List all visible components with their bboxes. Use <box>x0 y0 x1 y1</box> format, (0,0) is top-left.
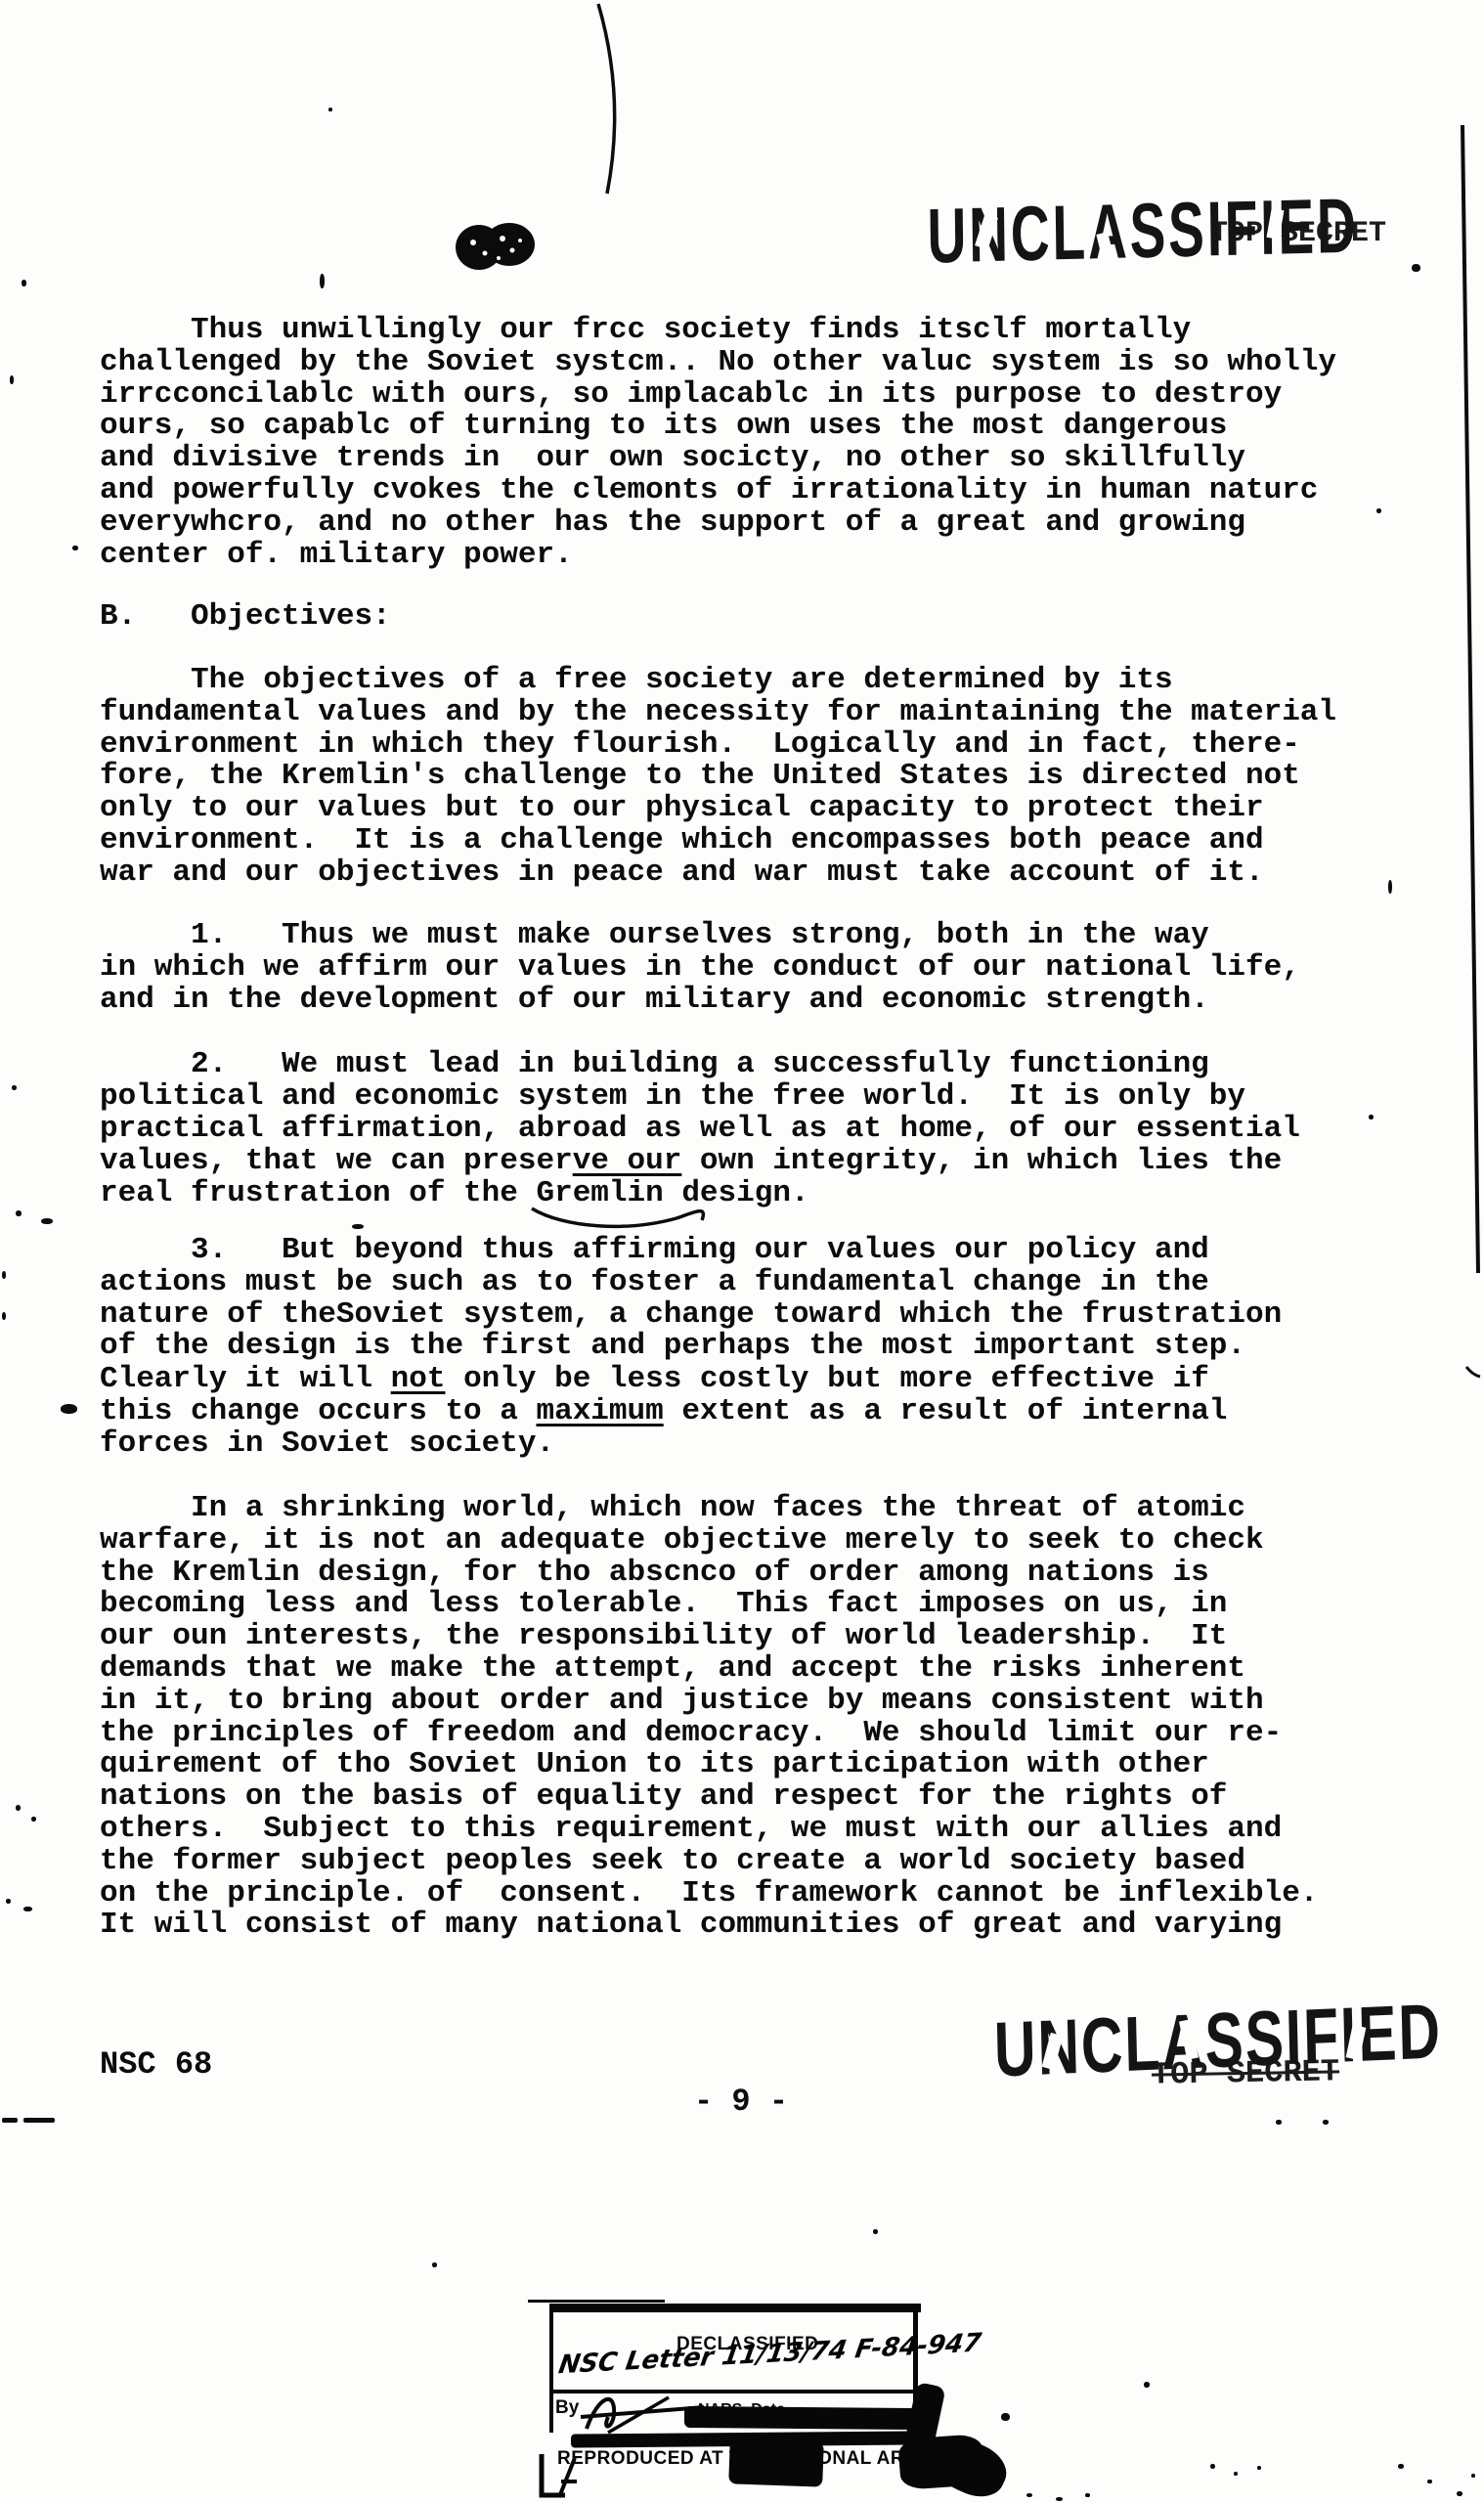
ink-speck <box>31 1817 36 1822</box>
ink-speck <box>320 274 325 288</box>
ink-speck <box>1210 2464 1215 2469</box>
ink-blot-over-banner <box>897 2434 984 2490</box>
ink-speck <box>1144 2382 1150 2388</box>
ink-blot-over-banner <box>728 2438 824 2486</box>
ink-speck <box>41 1218 53 1224</box>
ink-speck <box>1323 2120 1329 2125</box>
ink-speck <box>72 546 78 550</box>
section-b-heading: B. Objectives: <box>100 601 391 634</box>
ink-speck <box>1001 2413 1010 2421</box>
ink-speck <box>1276 2120 1282 2125</box>
text-segment: only be less costly but more effective i… <box>445 1362 1208 1396</box>
ink-speck <box>328 108 332 111</box>
underlined-text: ve our <box>573 1144 682 1178</box>
ink-speck <box>1026 2493 1032 2497</box>
ink-speck <box>10 375 14 384</box>
ink-speck <box>1369 1115 1374 1120</box>
numbered-item-3-line6: this change occurs to a maximum extent a… <box>100 1396 1227 1428</box>
pen-marks-LA <box>534 2450 596 2503</box>
paragraph-1: Thus unwillingly our frcc society finds … <box>100 315 1336 571</box>
numbered-item-3-line5: Clearly it will not only be less costly … <box>100 1364 1209 1396</box>
paragraph-2: The objectives of a free society are det… <box>100 665 1336 890</box>
declassified-box-left-border <box>549 2304 553 2433</box>
ink-speck <box>1257 2466 1261 2470</box>
declassified-box-topbar <box>549 2304 921 2312</box>
ink-speck <box>1085 2493 1090 2497</box>
document-number: NSC 68 <box>100 2049 212 2082</box>
numbered-item-3-line7: forces in Soviet society. <box>100 1428 554 1461</box>
by-label: By <box>555 2397 579 2419</box>
ink-speck <box>23 1907 32 1911</box>
page-number: - 9 - <box>694 2086 788 2119</box>
paragraph-4: In a shrinking world, which now faces th… <box>100 1493 1318 1942</box>
ink-speck <box>1471 2474 1475 2478</box>
ink-speck <box>873 2229 878 2234</box>
underlined-text: maximum <box>536 1394 663 1428</box>
ink-speck <box>6 1899 11 1904</box>
margin-dash <box>23 2118 55 2123</box>
numbered-item-1: 1. Thus we must make ourselves strong, b… <box>100 920 1300 1016</box>
ink-speck <box>22 280 26 286</box>
ink-blob <box>456 221 536 272</box>
margin-bullet-mark <box>61 1404 77 1414</box>
ink-speck <box>16 1210 22 1216</box>
stamp-period-mark <box>1412 264 1420 272</box>
text-segment: this change occurs to a <box>100 1394 536 1428</box>
text-segment: own integrity, in which lies the <box>681 1144 1282 1178</box>
numbered-item-2: 2. We must lead in building a successful… <box>100 1049 1300 1145</box>
ink-speck <box>1457 2491 1462 2496</box>
ink-speck <box>1376 508 1381 513</box>
ink-speck <box>1234 2472 1238 2476</box>
ink-smear <box>684 2406 917 2430</box>
ink-speck <box>16 1805 21 1811</box>
underlined-text: not <box>391 1362 446 1396</box>
numbered-item-2-line4: values, that we can preserve our own int… <box>100 1146 1282 1178</box>
ink-speck <box>2 1271 6 1279</box>
ink-speck <box>1398 2464 1404 2469</box>
ink-speck <box>2 1312 6 1320</box>
text-segment: real frustration of the <box>100 1176 536 1210</box>
declassified-box-topline <box>528 2300 665 2303</box>
scanned-document-page: TOP SECRET UNCLASSIFIED Thus unwillingly… <box>0 0 1484 2503</box>
ink-speck <box>1427 2480 1432 2483</box>
ink-speck <box>432 2262 437 2267</box>
ink-speck <box>1388 880 1392 894</box>
numbered-item-3: 3. But beyond thus affirming our values … <box>100 1235 1282 1363</box>
margin-tick <box>1466 1367 1480 1377</box>
ink-speck <box>12 1085 17 1090</box>
margin-dash <box>2 2118 18 2123</box>
text-segment: extent as a result of internal <box>664 1394 1228 1428</box>
text-segment: Clearly it will <box>100 1362 391 1396</box>
text-segment: values, that we can preser <box>100 1144 573 1178</box>
pen-mark <box>352 1224 364 1229</box>
ink-speck <box>1056 2497 1063 2501</box>
